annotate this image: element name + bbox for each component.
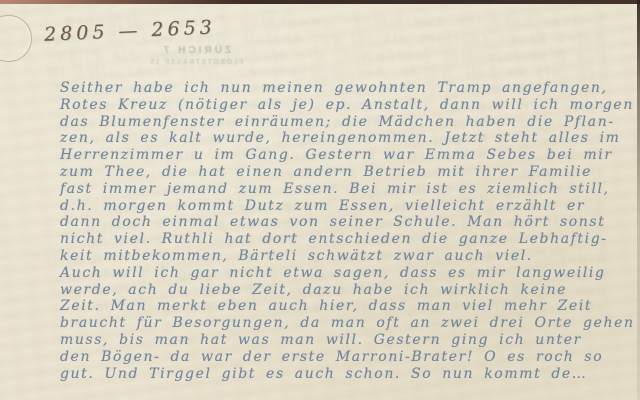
scan-edge-top — [0, 0, 640, 4]
letter-line: werde, ach du liebe Zeit, dazu habe ich … — [60, 282, 635, 299]
letter-scan-page: Seither habe ich nun meinen gewohnten Tr… — [0, 0, 640, 400]
letter-line: den Bögen- da war der erste Marroni-Brat… — [60, 349, 635, 366]
letter-line: d.h. morgen kommt Dutz zum Essen, vielle… — [60, 198, 635, 215]
letter-line: Zeit. Man merkt eben auch hier, dass man… — [60, 298, 635, 315]
letter-line: Seither habe ich nun meinen gewohnten Tr… — [60, 80, 635, 97]
letter-line: keit mitbekommen, Bärteli schwätzt zwar … — [60, 248, 635, 265]
letter-line: nicht viel. Ruthli hat dort entschieden … — [60, 231, 635, 248]
letterhead-bleedthrough: ZÜRICH 7 FLOBOTSTRASSE 15 — [128, 45, 264, 66]
letter-line: muss, bis man hat was man will. Gestern … — [60, 332, 635, 349]
letter-line: braucht für Besorgungen, da man oft an z… — [60, 315, 635, 332]
letter-line: das Blumenfenster einräumen; die Mädchen… — [60, 114, 635, 131]
bleedthrough-line: zen, als es kalt wurde, hereingenommen. … — [30, 64, 605, 81]
embossed-circle-mark — [0, 15, 32, 62]
letter-line: gut. Und Tirggel gibt es auch schon. So … — [60, 366, 635, 383]
bleedthrough-line: das Blumenfenster einräumen; die Mädchen… — [30, 48, 605, 65]
letter-line: Auch will ich gar nicht etwa sagen, dass… — [60, 265, 635, 282]
letter-line: Rotes Kreuz (nötiger als je) ep. Anstalt… — [60, 97, 635, 114]
letter-line: Herrenzimmer u im Gang. Gestern war Emma… — [60, 147, 635, 164]
letter-line: dann doch einmal etwas von seiner Schule… — [60, 214, 635, 231]
letter-line: zum Thee, die hat einen andern Betrieb m… — [60, 164, 635, 181]
letter-line: fast immer jemand zum Essen. Bei mir ist… — [60, 181, 635, 198]
letter-body: Seither habe ich nun meinen gewohnten Tr… — [60, 80, 635, 382]
letter-line: zen, als es kalt wurde, hereingenommen. … — [60, 130, 635, 147]
letterhead-city: ZÜRICH 7 — [128, 45, 264, 56]
archival-number: 2805 — 2653 — [44, 16, 217, 45]
letterhead-street: FLOBOTSTRASSE 15 — [128, 59, 264, 66]
